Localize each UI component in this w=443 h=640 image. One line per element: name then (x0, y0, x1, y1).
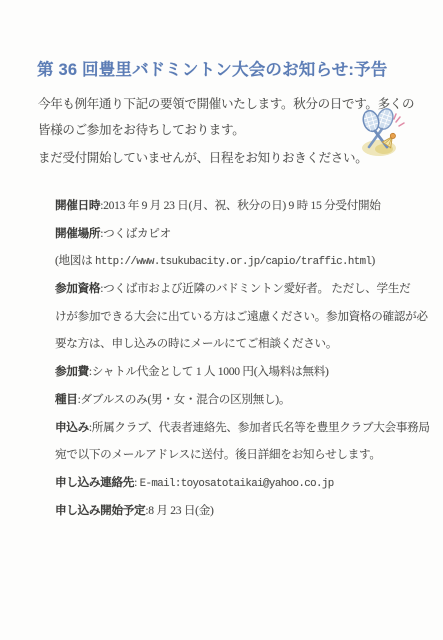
detail-line: けが参加できる大会に出ている方はご遠慮ください。参加資格の確認が必 (55, 303, 430, 331)
detail-label: 開催日時 (55, 199, 100, 212)
detail-line: 参加資格:つくば市および近隣のバドミントン愛好者。 ただし、学生だ (55, 275, 430, 303)
intro-paragraph: まだ受付開始していませんが、日程をお知りおきください。 (38, 146, 367, 172)
badminton-rackets-icon (356, 106, 408, 158)
detail-label: 申し込み開始予定 (55, 504, 145, 517)
intro-line: まだ受付開始していませんが、日程をお知りおきください。 (38, 146, 367, 172)
detail-line: 種目:ダブルスのみ(男・女・混合の区別無し)。 (55, 386, 430, 414)
notice-title: 第 36 回豊里バドミントン大会のお知らせ:予告 (37, 56, 388, 80)
scanned-notice-page: 第 36 回豊里バドミントン大会のお知らせ:予告 今年も例年通り下記の要領で開催… (0, 0, 443, 640)
detail-text: :つくばカピオ (100, 227, 171, 240)
detail-text: :8 月 23 日(金) (145, 504, 213, 517)
detail-label: 申込み (55, 421, 89, 434)
detail-tail: ) (371, 254, 375, 267)
detail-text: :つくば市および近隣のバドミントン愛好者。 ただし、学生だ (100, 282, 410, 295)
detail-text: :2013 年 9 月 23 日(月、祝、秋分の日) 9 時 15 分受付開始 (100, 199, 380, 212)
detail-line: 開催日時:2013 年 9 月 23 日(月、祝、秋分の日) 9 時 15 分受… (55, 192, 430, 220)
detail-text: 要な方は、申し込みの時にメールにてご相談ください。 (55, 337, 337, 350)
detail-line-map-url: (地図は http://www.tsukubacity.or.jp/capio/… (55, 247, 430, 275)
detail-line: 申し込み開始予定:8 月 23 日(金) (55, 497, 430, 525)
detail-text: :シャトル代金として 1 人 1000 円(入場料は無料) (89, 365, 329, 378)
detail-label: 参加費 (55, 365, 89, 378)
map-url-text: http://www.tsukubacity.or.jp/capio/traff… (95, 256, 371, 268)
detail-label: 申し込み連絡先 (55, 476, 134, 489)
detail-text: (地図は (55, 254, 95, 267)
detail-label: 参加資格 (55, 282, 100, 295)
detail-line: 開催場所:つくばカピオ (55, 220, 430, 248)
detail-line: 宛で以下のメールアドレスに送付。後日詳細をお知らせします。 (55, 441, 430, 469)
detail-line: 申込み:所属クラブ、代表者連絡先、参加者氏名等を豊里クラブ大会事務局 (55, 414, 430, 442)
detail-list: 開催日時:2013 年 9 月 23 日(月、祝、秋分の日) 9 時 15 分受… (55, 192, 430, 524)
detail-line: 要な方は、申し込みの時にメールにてご相談ください。 (55, 330, 430, 358)
email-text: E-mail:toyosatotaikai@yahoo.co.jp (140, 478, 334, 490)
detail-label: 開催場所 (55, 227, 100, 240)
detail-text: 宛で以下のメールアドレスに送付。後日詳細をお知らせします。 (55, 448, 381, 461)
detail-text: :所属クラブ、代表者連絡先、参加者氏名等を豊里クラブ大会事務局 (89, 421, 430, 434)
detail-line: 参加費:シャトル代金として 1 人 1000 円(入場料は無料) (55, 358, 430, 386)
detail-text: けが参加できる大会に出ている方はご遠慮ください。参加資格の確認が必 (55, 310, 428, 323)
detail-text: :ダブルスのみ(男・女・混合の区別無し)。 (78, 393, 291, 406)
detail-label: 種目 (55, 393, 78, 406)
detail-line-email: 申し込み連絡先: E-mail:toyosatotaikai@yahoo.co.… (55, 469, 430, 497)
